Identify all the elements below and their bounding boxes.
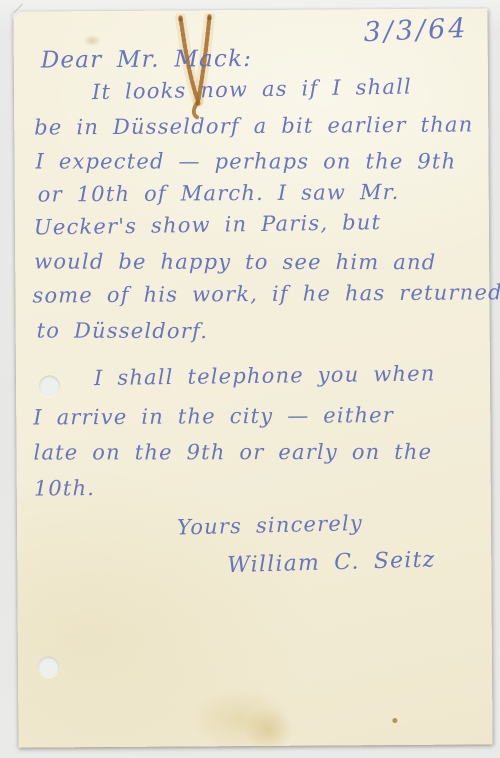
letter-body-line: I shall telephone you when	[94, 361, 436, 390]
hole-punch	[38, 656, 59, 677]
letter-body-line: would be happy to see him and	[34, 250, 436, 275]
paper-stain	[84, 35, 101, 46]
letter-body-line: to Düsseldorf.	[37, 319, 209, 344]
letter-closing: Yours sincerely	[177, 511, 363, 540]
letter-body-line: be in Düsseldorf a bit earlier than	[34, 112, 473, 139]
hole-punch	[39, 375, 60, 396]
letter-paper: 3/3/64 Dear Mr. Mack: It looks now as if…	[13, 8, 492, 747]
letter-body-line: I expected — perhaps on the 9th	[35, 150, 456, 174]
letter-date: 3/3/64	[363, 13, 469, 48]
paper-speck	[392, 718, 397, 723]
letter-signature: William C. Seitz	[227, 547, 436, 578]
letter-body-line: It looks now as if I shall	[92, 75, 412, 105]
letter-body-line: or 10th of March. I saw Mr.	[38, 180, 400, 207]
letter-body-line: late on the 9th or early on the	[33, 440, 432, 465]
letter-body-line: I arrive in the city — either	[33, 403, 394, 430]
paper-stain	[244, 708, 292, 752]
letter-body-line: Uecker's show in Paris, but	[34, 210, 382, 239]
letter-body-line: 10th.	[34, 476, 96, 500]
letter-body-line: some of his work, if he has returned	[32, 280, 500, 307]
letter-salutation: Dear Mr. Mack:	[41, 46, 253, 73]
scan-background: { "colors": { "background": "#e9e9e7", "…	[0, 0, 500, 758]
scan-background: 3/3/64 Dear Mr. Mack: It looks now as if…	[0, 0, 500, 758]
